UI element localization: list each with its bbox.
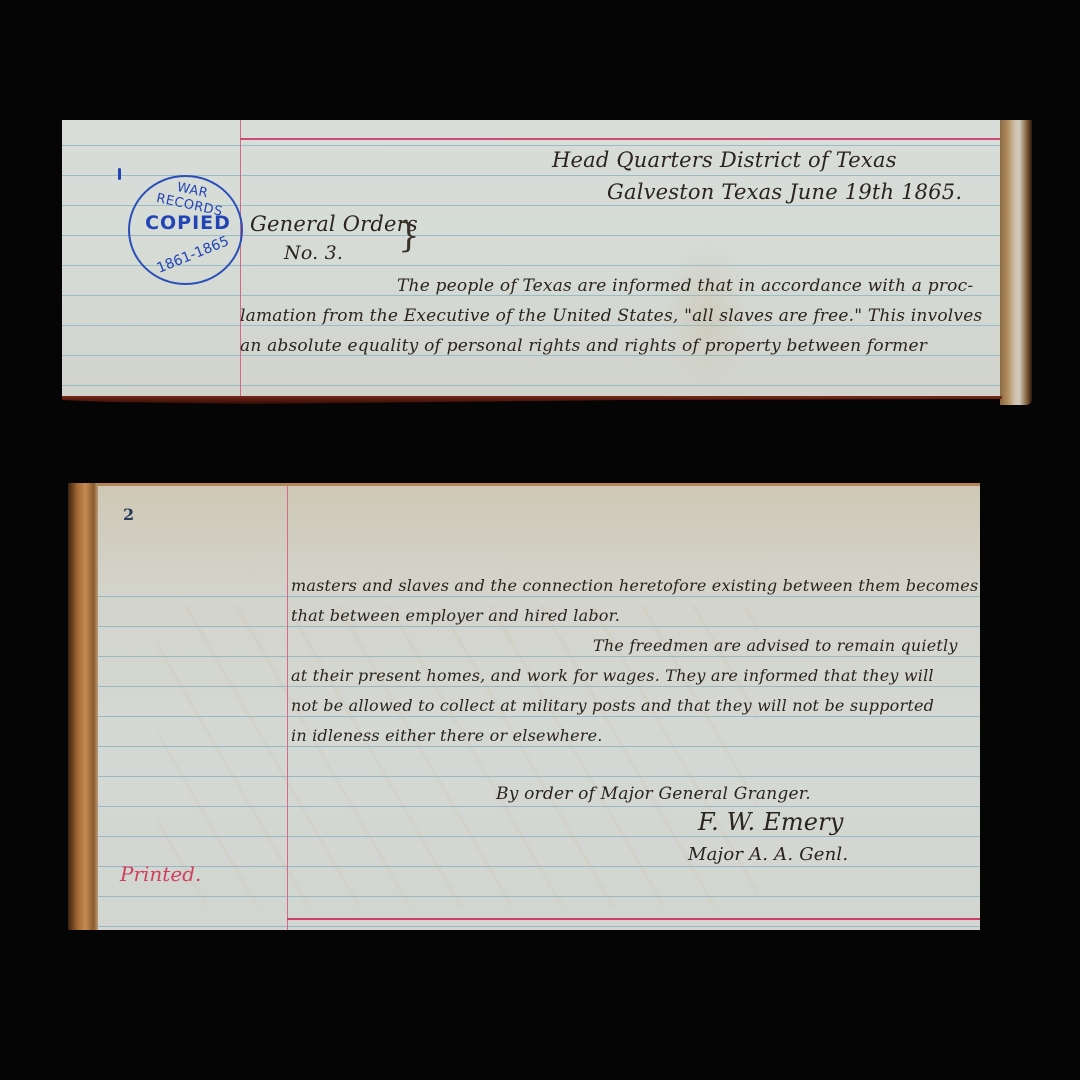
body-line: an absolute equality of personal rights …	[240, 336, 927, 356]
order-bracket: }	[398, 216, 420, 256]
printed-margin-note: Printed.	[120, 862, 201, 886]
book-binding	[68, 483, 100, 930]
body-line: at their present homes, and work for wag…	[291, 666, 934, 685]
body-line: The freedmen are advised to remain quiet…	[593, 636, 958, 655]
page-bottom-edge	[62, 396, 1002, 406]
ledger-page-bottom: masters and slaves and the connection he…	[98, 483, 980, 930]
signature-title: Major A. A. Genl.	[688, 844, 848, 865]
header-rule	[240, 138, 1006, 140]
war-records-stamp: WAR RECORDS COPIED 1861-1865	[128, 175, 243, 285]
blue-mark	[118, 168, 121, 180]
body-line: lamation from the Executive of the Unite…	[240, 306, 982, 326]
page-number: 2	[123, 505, 134, 524]
signature: F. W. Emery	[698, 808, 844, 836]
page-edges	[1000, 120, 1032, 405]
order-title: General Orders	[250, 212, 418, 236]
order-number: No. 3.	[284, 242, 343, 264]
heading-line-1: Head Quarters District of Texas	[552, 148, 897, 172]
stamp-center-text: COPIED	[138, 212, 238, 234]
closing-line: By order of Major General Granger.	[496, 784, 811, 804]
margin-line	[287, 486, 288, 930]
footer-rule	[287, 918, 980, 920]
margin-line	[240, 120, 241, 398]
body-line: in idleness either there or elsewhere.	[291, 726, 603, 745]
body-line: not be allowed to collect at military po…	[291, 696, 934, 715]
body-line: The people of Texas are informed that in…	[397, 276, 973, 296]
heading-line-2: Galveston Texas June 19th 1865.	[607, 180, 962, 204]
body-line: that between employer and hired labor.	[291, 606, 620, 625]
body-line: masters and slaves and the connection he…	[291, 576, 978, 595]
